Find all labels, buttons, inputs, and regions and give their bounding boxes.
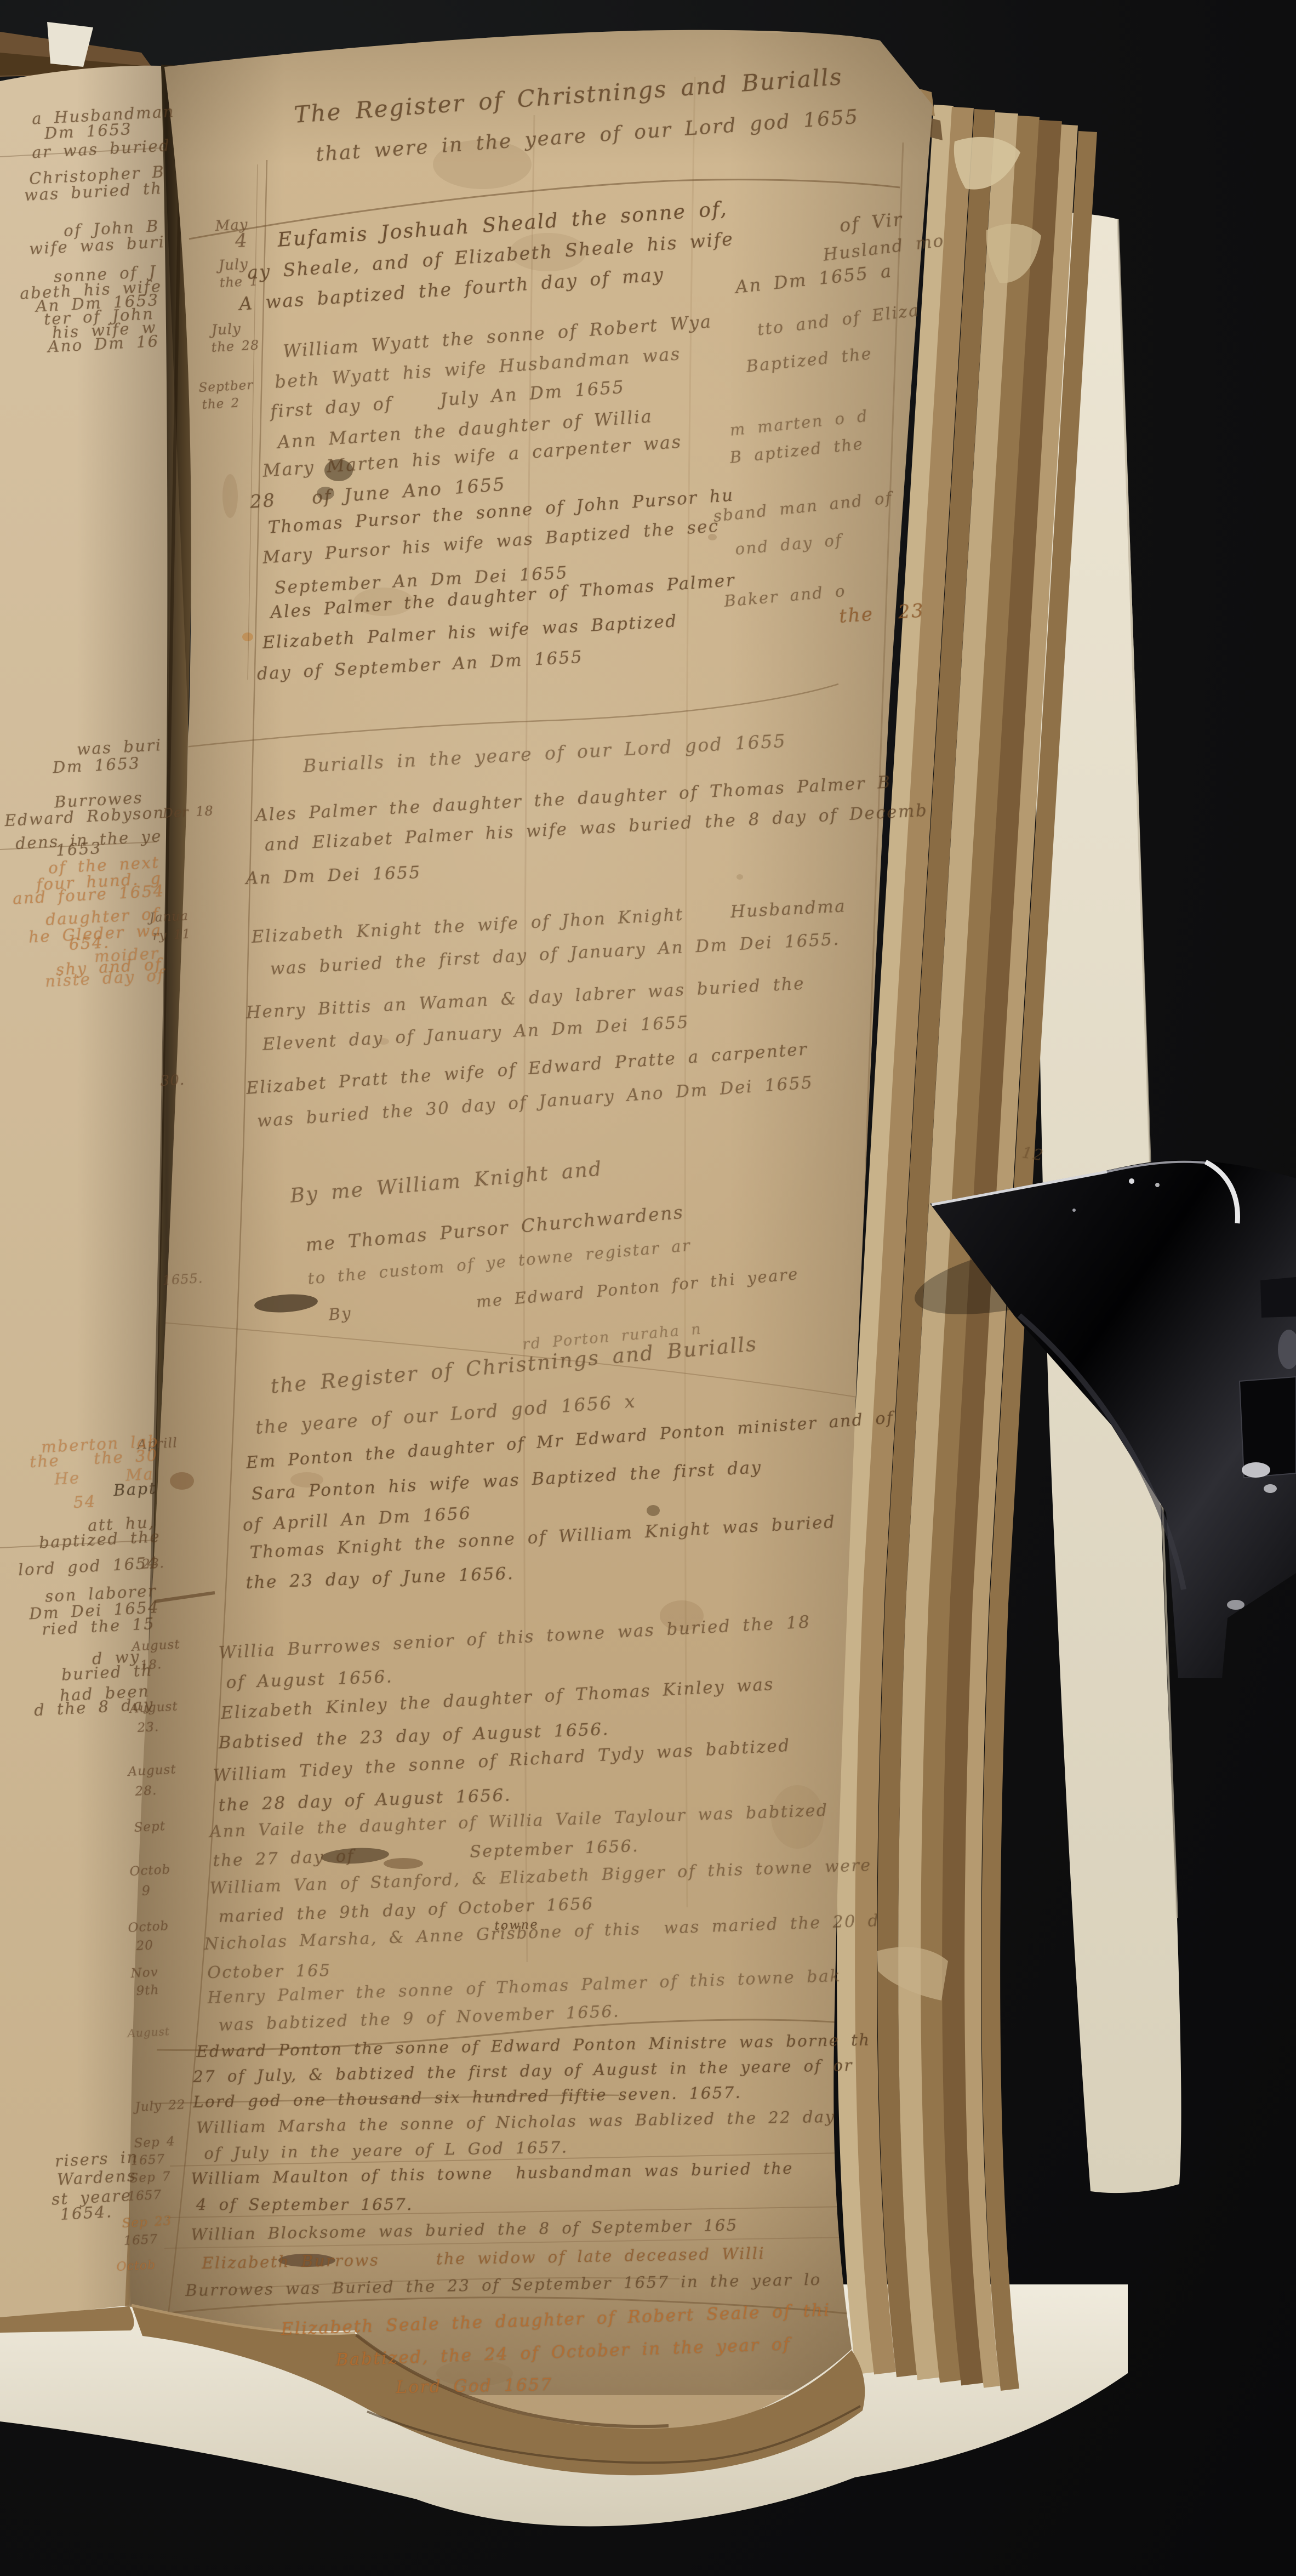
clip-hole <box>1240 1377 1296 1478</box>
photo-backdrop: Photograph of an open 17th-century paris… <box>0 0 1296 2576</box>
manuscript-photo-art <box>0 0 1296 2576</box>
